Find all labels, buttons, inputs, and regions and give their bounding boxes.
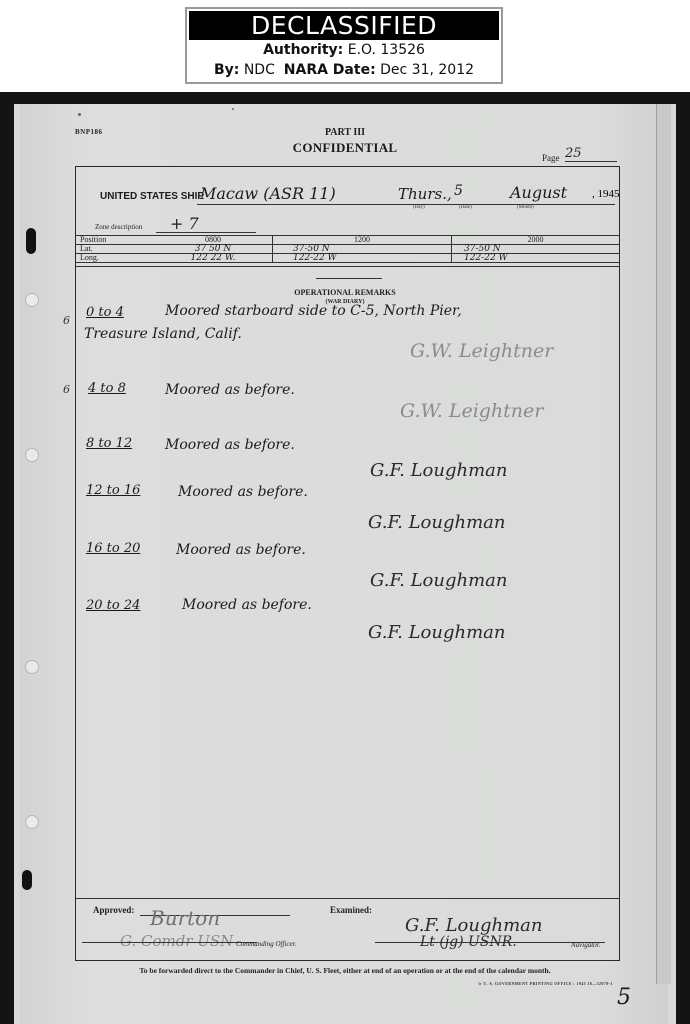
- day-caption: (Day): [413, 205, 425, 210]
- commanding-officer-rank: G. Comdr USN: [120, 932, 233, 950]
- watch-officer-signature: G.W. Leightner: [410, 340, 553, 362]
- punch-hole-icon: [25, 660, 39, 674]
- commanding-officer-label: Commanding Officer.: [236, 940, 296, 948]
- watch-officer-signature: G.F. Loughman: [370, 570, 507, 591]
- by-value: NDC: [244, 62, 275, 78]
- war-diary-form: [75, 166, 620, 961]
- authority-label: Authority:: [263, 42, 343, 58]
- watch-officer-signature: G.F. Loughman: [370, 460, 507, 481]
- watch-officer-signature: G.W. Leightner: [400, 400, 543, 422]
- entry-text: Moored as before.: [165, 382, 295, 398]
- nara-date-value: Dec 31, 2012: [380, 62, 474, 78]
- entry-text: Moored as before.: [165, 437, 295, 453]
- ship-line: [197, 204, 615, 205]
- watch-label: 20 to 24: [86, 598, 140, 613]
- long-1200: 122-22 W: [273, 254, 452, 263]
- page-label: Page: [542, 153, 560, 163]
- stamp-title: DECLASSIFIED: [189, 11, 499, 40]
- ship-label: UNITED STATES SHIP: [100, 191, 204, 202]
- entry-text: Moored starboard side to C-5, North Pier…: [165, 303, 462, 319]
- printing-office-note: ☆ U. S. GOVERNMENT PRINTING OFFICE : 194…: [478, 981, 613, 986]
- zone-label: Zone description: [95, 223, 142, 231]
- scan-speck: [78, 113, 81, 116]
- scan-speck: [232, 108, 234, 110]
- page-number-value: 25: [565, 146, 582, 161]
- position-header-row: Position 0800 1200 2000: [76, 236, 619, 245]
- watch-label: 12 to 16: [86, 483, 140, 498]
- ship-day: Thurs.,: [398, 185, 452, 203]
- watch-label: 8 to 12: [86, 436, 132, 451]
- commanding-officer-signature: Burton: [150, 906, 220, 930]
- long-label: Long.: [76, 254, 154, 263]
- watch-label: 0 to 4: [86, 305, 124, 320]
- stamp-by-date: By: NDC NARA Date: Dec 31, 2012: [187, 60, 501, 80]
- date-caption: (Date): [459, 205, 472, 210]
- entry-text: Moored as before.: [182, 597, 312, 613]
- declassified-stamp: DECLASSIFIED Authority: E.O. 13526 By: N…: [185, 7, 503, 84]
- signature-section-rule: [76, 898, 619, 899]
- ship-name: Macaw (ASR 11): [200, 184, 336, 203]
- sheet-number: 5: [617, 985, 631, 1010]
- long-2000: 122-22 W: [452, 254, 620, 263]
- punch-hole-icon: [25, 448, 39, 462]
- page-edge: [656, 104, 671, 984]
- long-0800: 122 22 W.: [154, 254, 273, 263]
- ship-date: 5: [454, 183, 463, 199]
- binder-clip-icon: [26, 228, 36, 254]
- remarks-title: OPERATIONAL REMARKS: [0, 288, 690, 297]
- navigator-label: Navigator.: [571, 941, 600, 949]
- entry-text: Moored as before.: [178, 484, 308, 500]
- table-rule: [76, 266, 619, 267]
- position-table: Position 0800 1200 2000 Lat. 37 50 N 37-…: [76, 235, 619, 263]
- section-divider: [316, 278, 382, 279]
- watch-label: 16 to 20: [86, 541, 140, 556]
- page-number: 25: [565, 146, 617, 162]
- lat-row: Lat. 37 50 N 37-50 N 37-50 N: [76, 245, 619, 254]
- commanding-officer-line: [82, 942, 257, 943]
- navigator-signature: G.F. Loughman: [405, 915, 542, 936]
- margin-mark: 6: [63, 383, 70, 396]
- month-caption: (Month): [517, 205, 534, 210]
- authority-value: E.O. 13526: [348, 42, 425, 58]
- watch-officer-signature: G.F. Loughman: [368, 622, 505, 643]
- stamp-authority: Authority: E.O. 13526: [187, 40, 501, 60]
- nara-date-label: NARA Date:: [284, 62, 376, 78]
- part-label: PART III: [0, 127, 690, 138]
- binder-clip-icon: [22, 870, 32, 890]
- long-row: Long. 122 22 W. 122-22 W 122-22 W: [76, 254, 619, 263]
- margin-mark: 6: [63, 314, 70, 327]
- examined-label: Examined:: [330, 905, 372, 915]
- ship-month: August: [510, 183, 567, 202]
- approved-label: Approved:: [93, 905, 134, 915]
- zone-value: + 7: [170, 214, 199, 233]
- ship-year: , 1945: [592, 188, 620, 200]
- entry-text: Moored as before.: [176, 542, 306, 558]
- entry-text-continued: Treasure Island, Calif.: [84, 326, 242, 342]
- forwarding-instructions: To be forwarded direct to the Commander …: [0, 966, 690, 975]
- punch-hole-icon: [25, 815, 39, 829]
- by-label: By:: [214, 62, 239, 78]
- watch-label: 4 to 8: [88, 381, 126, 396]
- watch-officer-signature: G.F. Loughman: [368, 512, 505, 533]
